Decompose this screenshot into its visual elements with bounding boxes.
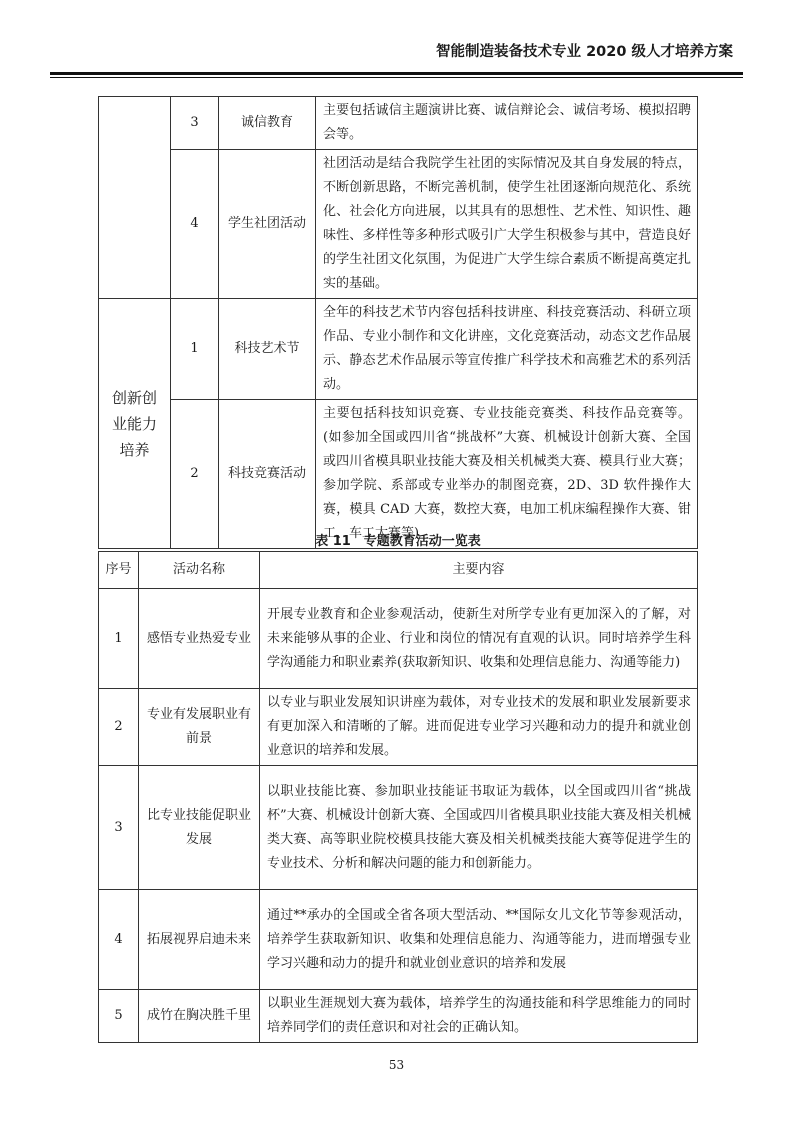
activity-name: 科技艺术节	[219, 299, 316, 400]
activity-content: 全年的科技艺术节内容包括科技讲座、科技竞赛活动、科研立项作品、专业小制作和文化讲…	[316, 299, 698, 400]
activity-name: 成竹在胸决胜千里	[139, 990, 260, 1043]
activity-content: 以职业生涯规划大赛为载体，培养学生的沟通技能和科学思维能力的同时培养同学们的责任…	[260, 990, 698, 1043]
activity-content: 以职业技能比赛、参加职业技能证书取证为载体，以全国或四川省“挑战杯”大赛、机械设…	[260, 766, 698, 890]
activity-name: 专业有发展职业有前景	[139, 689, 260, 766]
topic-education-table: 序号 活动名称 主要内容 1 感悟专业热爱专业 开展专业教育和企业参观活动，使新…	[98, 551, 698, 1043]
table-row: 4 拓展视界启迪未来 通过**承办的全国或全省各项大型活动、**国际女儿文化节等…	[99, 890, 698, 990]
activity-name: 拓展视界启迪未来	[139, 890, 260, 990]
activity-content: 社团活动是结合我院学生社团的实际情况及其自身发展的特点，不断创新思路，不断完善机…	[316, 150, 698, 299]
table-row: 1 感悟专业热爱专业 开展专业教育和企业参观活动，使新生对所学专业有更加深入的了…	[99, 589, 698, 689]
table-row: 3 比专业技能促职业发展 以职业技能比赛、参加职业技能证书取证为载体，以全国或四…	[99, 766, 698, 890]
activity-content: 开展专业教育和企业参观活动，使新生对所学专业有更加深入的了解，对未来能够从事的企…	[260, 589, 698, 689]
row-number: 2	[171, 400, 219, 549]
table-header-row: 序号 活动名称 主要内容	[99, 552, 698, 589]
row-number: 3	[99, 766, 139, 890]
table-row: 2 专业有发展职业有前景 以专业与职业发展知识讲座为载体，对专业技术的发展和职业…	[99, 689, 698, 766]
header-main-content: 主要内容	[260, 552, 698, 589]
table-row: 2 科技竞赛活动 主要包括科技知识竞赛、专业技能竞赛类、科技作品竞赛等。(如参加…	[99, 400, 698, 549]
category-cell: 创新创业能力培养	[99, 299, 171, 549]
activity-name: 学生社团活动	[219, 150, 316, 299]
activity-content: 通过**承办的全国或全省各项大型活动、**国际女儿文化节等参观活动，培养学生获取…	[260, 890, 698, 990]
row-number: 4	[171, 150, 219, 299]
table-row: 5 成竹在胸决胜千里 以职业生涯规划大赛为载体，培养学生的沟通技能和科学思维能力…	[99, 990, 698, 1043]
row-number: 2	[99, 689, 139, 766]
activity-name: 比专业技能促职业发展	[139, 766, 260, 890]
row-number: 3	[171, 97, 219, 150]
activity-content: 主要包括科技知识竞赛、专业技能竞赛类、科技作品竞赛等。(如参加全国或四川省“挑战…	[316, 400, 698, 549]
header-number: 序号	[99, 552, 139, 589]
category-cell-empty	[99, 97, 171, 299]
activity-content: 以专业与职业发展知识讲座为载体，对专业技术的发展和职业发展新要求有更加深入和清晰…	[260, 689, 698, 766]
row-number: 4	[99, 890, 139, 990]
header-divider-thin	[50, 77, 743, 78]
activities-table-continued: 3 诚信教育 主要包括诚信主题演讲比赛、诚信辩论会、诚信考场、模拟招聘会等。 4…	[98, 96, 698, 549]
row-number: 1	[99, 589, 139, 689]
table-row: 4 学生社团活动 社团活动是结合我院学生社团的实际情况及其自身发展的特点，不断创…	[99, 150, 698, 299]
table-row: 3 诚信教育 主要包括诚信主题演讲比赛、诚信辩论会、诚信考场、模拟招聘会等。	[99, 97, 698, 150]
activity-name: 科技竞赛活动	[219, 400, 316, 549]
row-number: 5	[99, 990, 139, 1043]
header-activity-name: 活动名称	[139, 552, 260, 589]
table-row: 创新创业能力培养 1 科技艺术节 全年的科技艺术节内容包括科技讲座、科技竞赛活动…	[99, 299, 698, 400]
row-number: 1	[171, 299, 219, 400]
activity-name: 感悟专业热爱专业	[139, 589, 260, 689]
header-divider-thick	[50, 72, 743, 75]
activity-content: 主要包括诚信主题演讲比赛、诚信辩论会、诚信考场、模拟招聘会等。	[316, 97, 698, 150]
page-number: 53	[0, 1058, 793, 1072]
activity-name: 诚信教育	[219, 97, 316, 150]
running-header-title: 智能制造装备技术专业 2020 级人才培养方案	[400, 40, 733, 61]
table-caption: 表 11 专题教育活动一览表	[98, 533, 698, 551]
